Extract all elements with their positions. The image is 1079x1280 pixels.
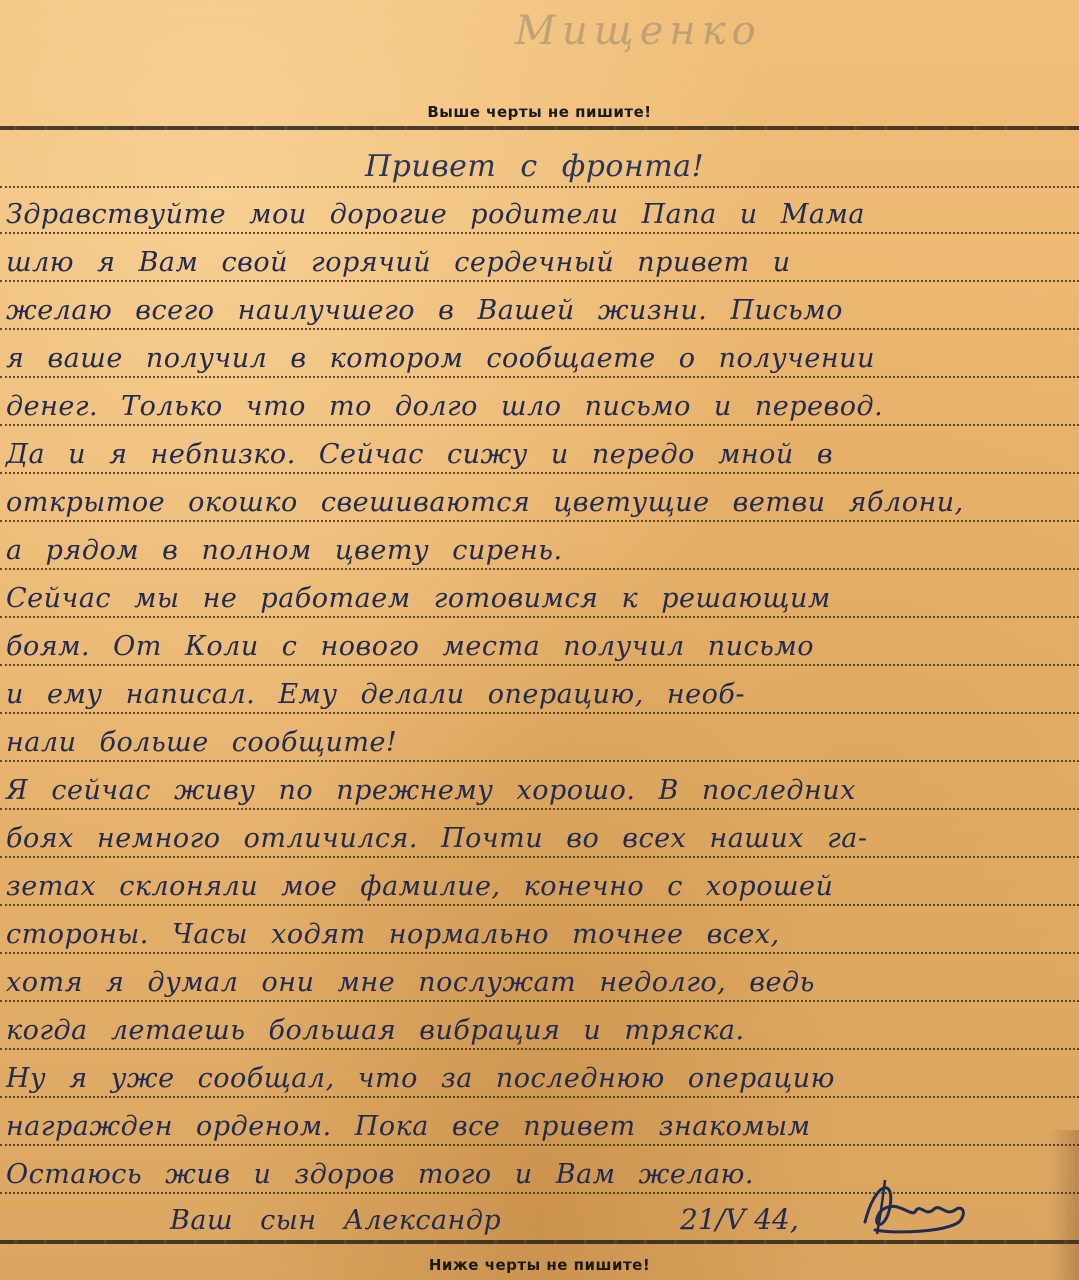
letter-line: желаю всего наилучшего в Вашей жизни. Пи… — [0, 292, 1079, 330]
line-text: Остаюсь жив и здоров того и Вам желаю. — [6, 1159, 754, 1190]
line-text: зетах склоняли мое фамилие, конечно с хо… — [6, 871, 833, 902]
letter-line: боям. От Коли с нового места получил пис… — [0, 628, 1079, 666]
line-text: и ему написал. Ему делали операцию, необ… — [6, 679, 745, 710]
greeting-text: Привет с фронта! — [365, 149, 704, 184]
line-text: а рядом в полном цвету сирень. — [6, 535, 563, 566]
header-printed-note: Выше черты не пишите! — [0, 103, 1079, 121]
line-text: награжден орденом. Пока все привет знако… — [6, 1111, 810, 1142]
torn-paper-edge — [1049, 1130, 1079, 1280]
line-text: когда летаешь большая вибрация и тряска. — [6, 1015, 745, 1046]
letter-line: Сейчас мы не работаем готовимся к решающ… — [0, 580, 1079, 618]
letter-line: стороны. Часы ходят нормально точнее все… — [0, 916, 1079, 954]
letter-line: а рядом в полном цвету сирень. — [0, 532, 1079, 570]
letter-line: и ему написал. Ему делали операцию, необ… — [0, 676, 1079, 714]
line-text: боям. От Коли с нового места получил пис… — [6, 631, 814, 662]
line-text: Здравствуйте мои дорогие родители Папа и… — [6, 199, 865, 230]
footer-printed-note: Ниже черты не пишите! — [0, 1256, 1079, 1274]
line-text: денег. Только что то долго шло письмо и … — [6, 391, 883, 422]
letter-line: награжден орденом. Пока все привет знако… — [0, 1108, 1079, 1146]
bottom-printed-rule — [0, 1240, 1079, 1244]
line-text: стороны. Часы ходят нормально точнее все… — [6, 919, 780, 950]
signature-text: Ваш сын Александр — [170, 1205, 501, 1236]
line-text: Сейчас мы не работаем готовимся к решающ… — [6, 583, 831, 614]
letter-line: денег. Только что то долго шло письмо и … — [0, 388, 1079, 426]
letter-line: Здравствуйте мои дорогие родители Папа и… — [0, 196, 1079, 234]
line-text: Да и я небпизко. Сейчас сижу и передо мн… — [6, 439, 833, 470]
line-text: шлю я Вам свой горячий сердечный привет … — [6, 247, 791, 278]
greeting-line: Привет с фронта! — [0, 150, 1079, 188]
letter-line: когда летаешь большая вибрация и тряска. — [0, 1012, 1079, 1050]
letter-line: хотя я думал они мне послужат недолго, в… — [0, 964, 1079, 1002]
pencil-annotation: Мищенко — [515, 8, 762, 54]
line-text: хотя я думал они мне послужат недолго, в… — [6, 967, 815, 998]
line-text: боях немного отличился. Почти во всех на… — [6, 823, 867, 854]
letter-paper: Мищенко Выше черты не пишите! Привет с ф… — [0, 0, 1079, 1280]
letter-line: Ну я уже сообщал, что за последнюю опера… — [0, 1060, 1079, 1098]
letter-line: зетах склоняли мое фамилие, конечно с хо… — [0, 868, 1079, 906]
top-printed-rule — [0, 126, 1079, 130]
letter-line: шлю я Вам свой горячий сердечный привет … — [0, 244, 1079, 282]
letter-line: нали больше сообщите! — [0, 724, 1079, 762]
signature-line: Ваш сын Александр 21/V 44, — [0, 1200, 1079, 1238]
line-text: Ну я уже сообщал, что за последнюю опера… — [6, 1063, 835, 1094]
line-text: желаю всего наилучшего в Вашей жизни. Пи… — [6, 295, 843, 326]
letter-line: я ваше получил в котором сообщаете о пол… — [0, 340, 1079, 378]
letter-line: боях немного отличился. Почти во всех на… — [0, 820, 1079, 858]
letter-line: открытое окошко свешиваются цветущие вет… — [0, 484, 1079, 522]
signature-mark-icon — [855, 1172, 975, 1242]
letter-line: Да и я небпизко. Сейчас сижу и передо мн… — [0, 436, 1079, 474]
line-text: я ваше получил в котором сообщаете о пол… — [6, 343, 875, 374]
line-text: Я сейчас живу по прежнему хорошо. В посл… — [6, 775, 856, 806]
letter-line: Я сейчас живу по прежнему хорошо. В посл… — [0, 772, 1079, 810]
signature-date: 21/V 44, — [680, 1203, 799, 1236]
line-text: открытое окошко свешиваются цветущие вет… — [6, 487, 964, 518]
line-text: нали больше сообщите! — [6, 727, 397, 758]
